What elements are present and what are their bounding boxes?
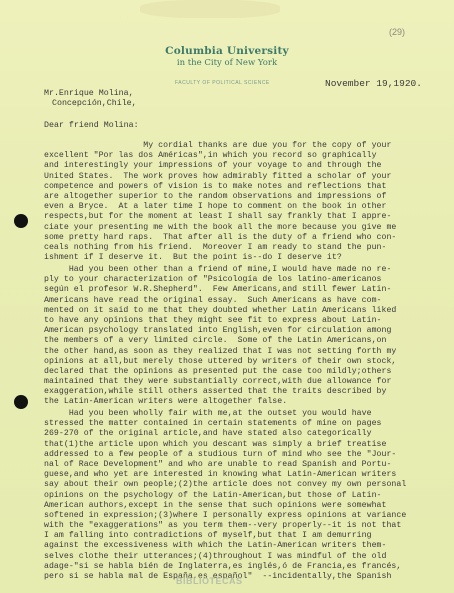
paragraph-1: My cordial thanks are due you for the co… [44,141,454,263]
salutation: Dear friend Molina: [44,121,139,130]
text-line: some pretty hard raps. That after all is… [44,233,454,243]
text-line: that(1)the article upon which you descan… [44,440,454,450]
paragraph-2: Had you been other than a friend of mine… [44,265,454,408]
text-line: pero si se habla mal de España,es españo… [44,572,454,582]
text-line: I am falling into contradictions of myse… [44,531,454,541]
letter-date: November 19,1920. [325,78,422,89]
text-line: stressed the matter contained in certain… [44,419,454,429]
letterhead-institution: Columbia University [0,45,454,57]
text-line: with the "exaggerations" as you term the… [44,521,454,531]
text-line: maintained that they were substantially … [44,377,454,387]
text-line: Had you been other than a friend of mine… [44,265,454,275]
text-line: ceals nothing from his friend. Moreover … [44,243,454,253]
text-line: and interestingly your impressions of yo… [44,161,454,171]
recipient-place: Concepción,Chile, [52,99,137,109]
text-line: are altogether superior to the random ob… [44,192,454,202]
text-line: declared that the opinions as presented … [44,367,454,377]
paper-stain [140,0,280,18]
punch-hole [14,395,28,409]
text-line: ishment if I deserve it. But the point i… [44,253,454,263]
text-line: 269-270 of the original article,and have… [44,429,454,439]
text-line: to have any opinions that they might see… [44,316,454,326]
text-line: the Latin-American writers were altogeth… [44,397,454,407]
text-line: respects,but for the moment at least I s… [44,212,454,222]
text-line: selves clothe their utterances;(4)throug… [44,552,454,562]
text-line: excellent "Por las dos Américas",in whic… [44,151,454,161]
text-line: guese,and who yet are interested in know… [44,470,454,480]
text-line: según el profesor W.R.Shepherd". Few Ame… [44,285,454,295]
paragraph-3: Had you been wholly fair with me,at the … [44,409,454,582]
text-line: even a Bryce. At a later time I hope to … [44,202,454,212]
text-line: nal of Race Development" and who are una… [44,460,454,470]
text-line: adage-"si se habla bién de Inglaterra,es… [44,562,454,572]
text-line: addressed to a few people of a studious … [44,450,454,460]
text-line: Had you been wholly fair with me,at the … [44,409,454,419]
text-line: Americans have read the original essay. … [44,296,454,306]
text-line: say about their own people;(2)the articl… [44,480,454,490]
text-line: ply to your characterization of "Psicolo… [44,275,454,285]
text-line: competence and powers of vision is to ma… [44,182,454,192]
text-line: ciate your presenting me with the book a… [44,223,454,233]
text-line: against the excessiveness with which the… [44,541,454,551]
text-line: United States. The work proves how admir… [44,172,454,182]
letterhead-faculty: FACULTY OF POLITICAL SCIENCE [175,80,270,86]
text-line: exaggeration,while still others asserted… [44,387,454,397]
text-line: the other hand,as soon as they realized … [44,347,454,357]
text-line: mented on it said to me that they doubte… [44,306,454,316]
text-line: softened in expression;(3)where I person… [44,511,454,521]
punch-hole [14,214,28,228]
text-line: opinions on the psychology of the Latin-… [44,491,454,501]
watermark: BIBLIOTECAS [176,576,243,586]
page-number: (29) [389,27,405,37]
text-line: opinions at all,but merely those uttered… [44,357,454,367]
text-line: the members of a very limited circle. So… [44,336,454,346]
letterhead-city: in the City of New York [0,58,454,68]
recipient-name: Mr.Enrique Molina, [44,89,134,99]
text-line: American authors,except in the sense tha… [44,501,454,511]
text-line: American psychology translated into Engl… [44,326,454,336]
text-line: My cordial thanks are due you for the co… [44,141,454,151]
